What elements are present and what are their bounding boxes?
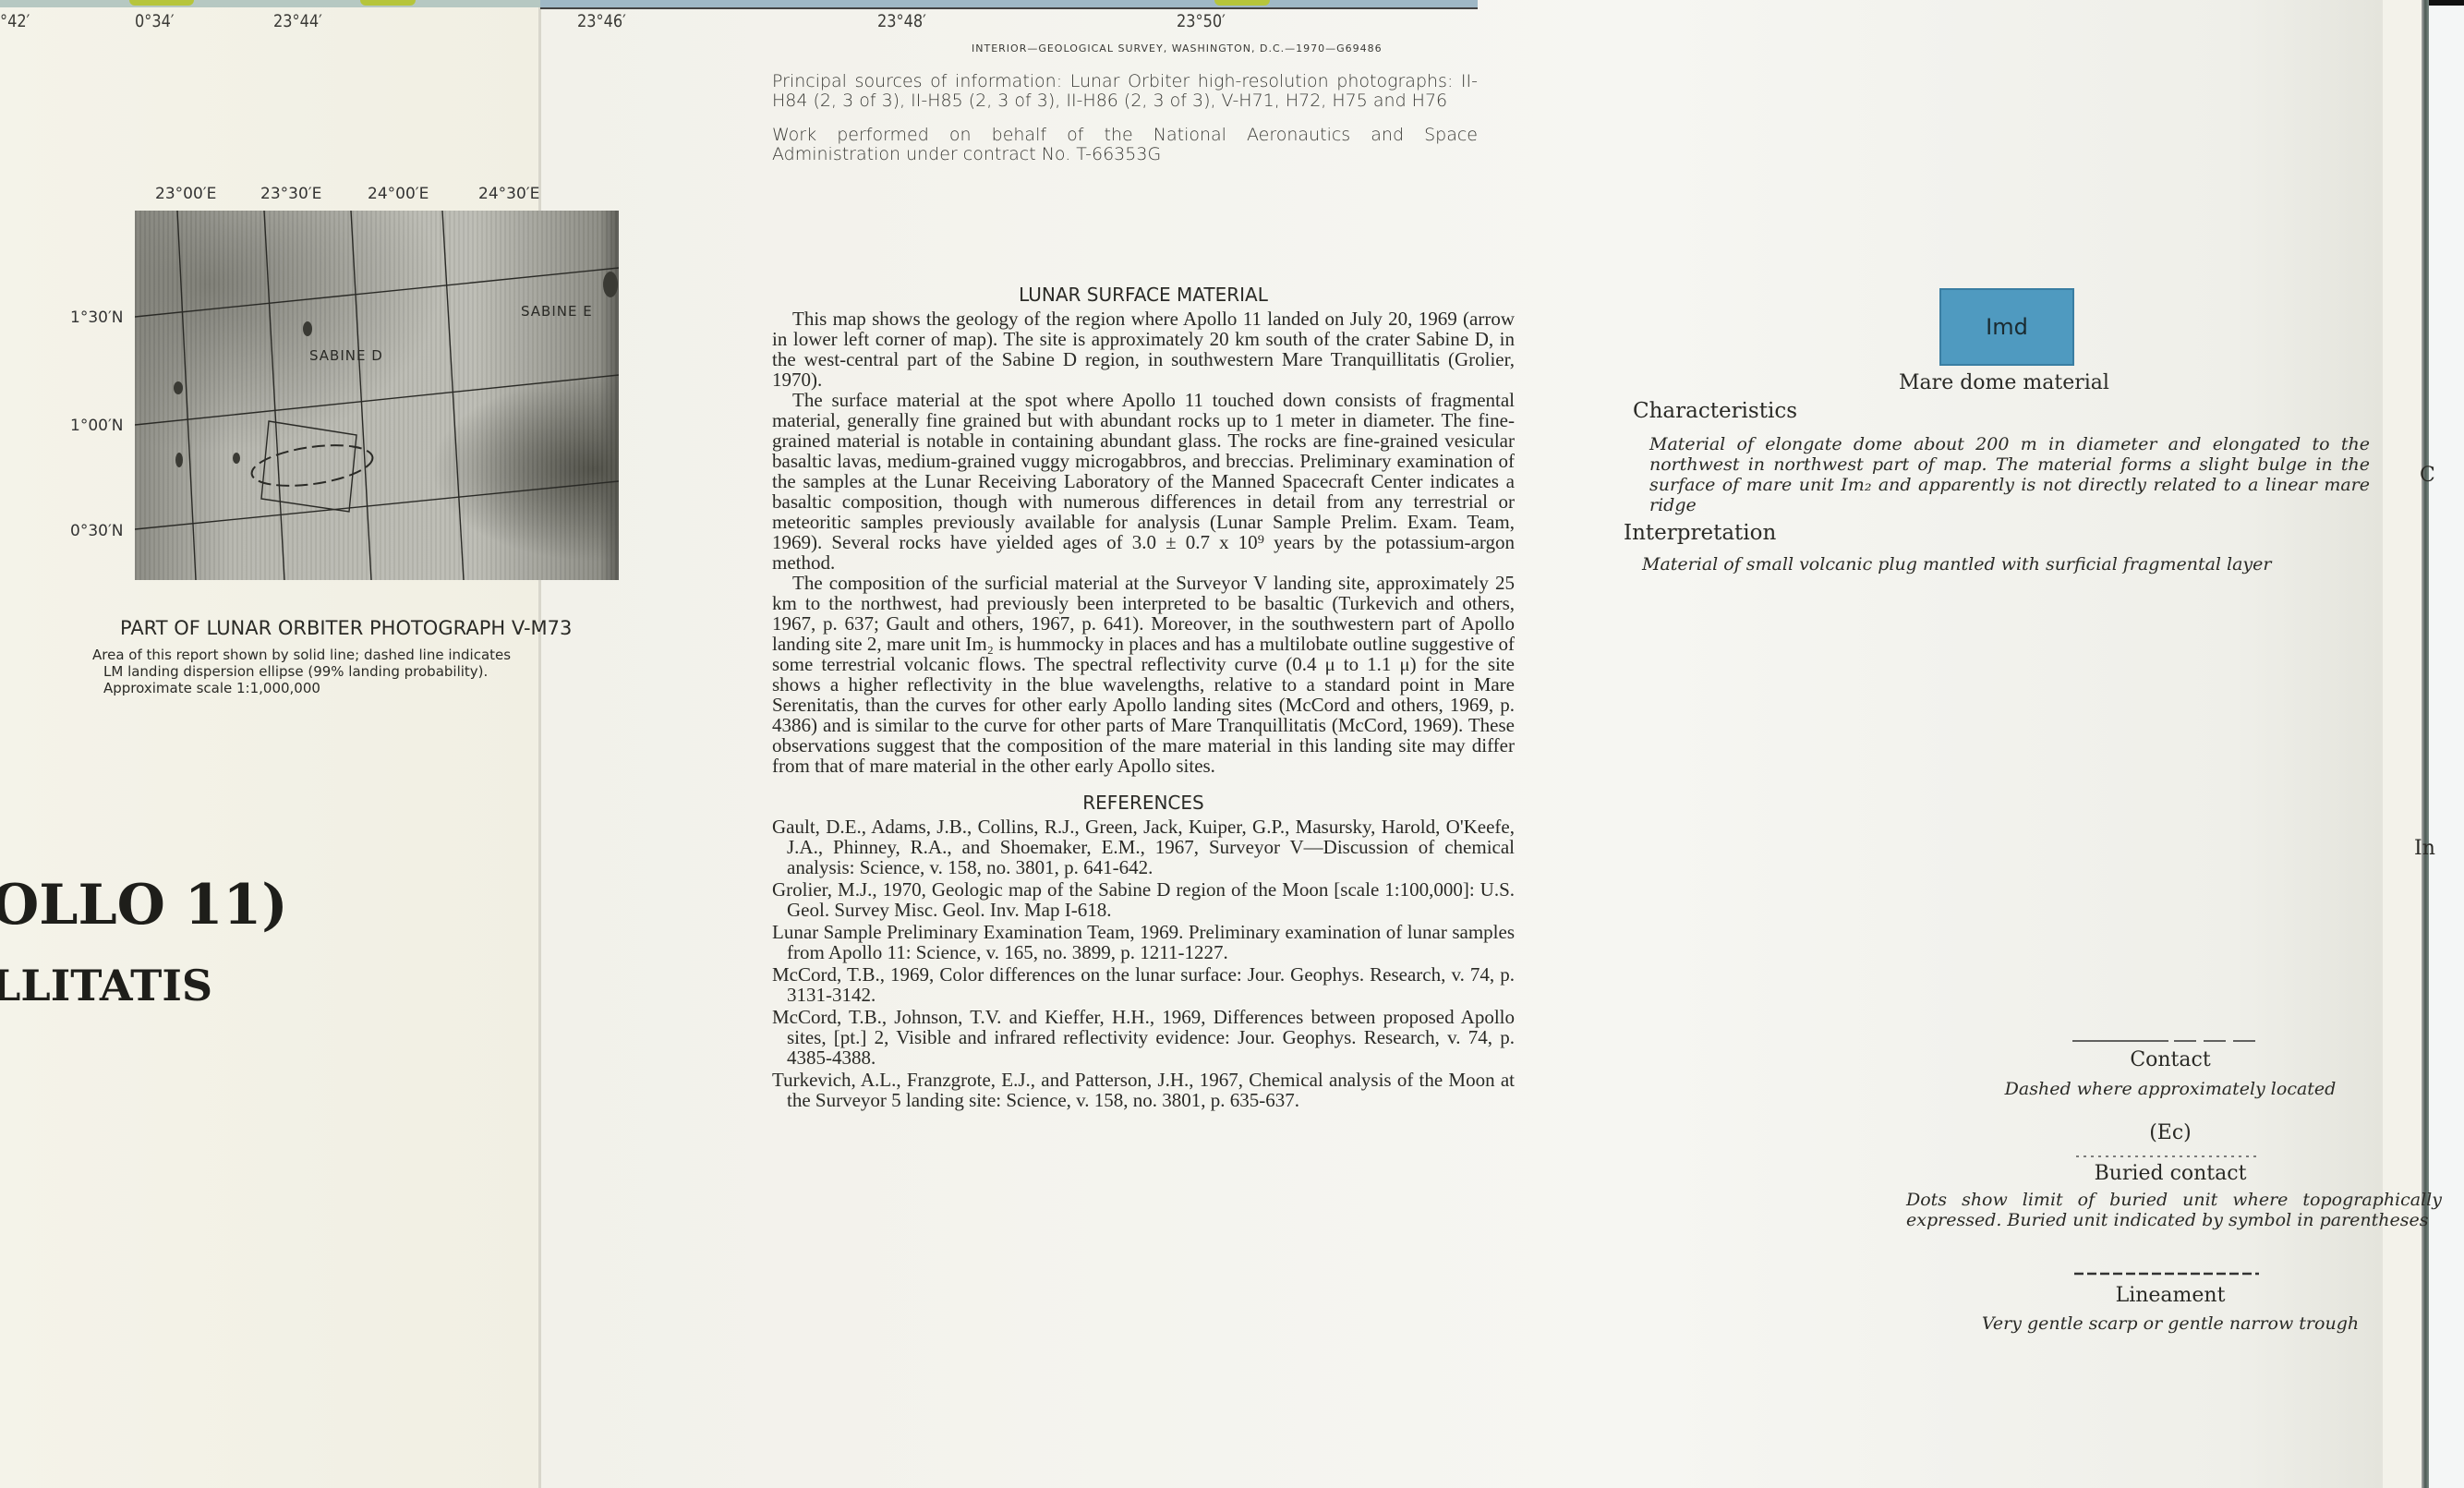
reference-item: Gault, D.E., Adams, J.B., Collins, R.J.,… bbox=[772, 817, 1515, 877]
sheet-edge bbox=[2422, 0, 2429, 1488]
map-title-line-2: LLITATIS bbox=[0, 961, 212, 1010]
inset-caption-line: Approximate scale 1:1,000,000 bbox=[92, 680, 646, 696]
contact-line-symbol bbox=[2072, 1038, 2261, 1044]
reference-item: Grolier, M.J., 1970, Geologic map of the… bbox=[772, 879, 1515, 920]
references-section: REFERENCES Gault, D.E., Adams, J.B., Col… bbox=[772, 792, 1515, 1110]
inset-title: PART OF LUNAR ORBITER PHOTOGRAPH V-M73 bbox=[120, 617, 572, 639]
inset-caption: Area of this report shown by solid line;… bbox=[92, 647, 646, 696]
characteristics-text: Material of elongate dome about 200 m in… bbox=[1649, 434, 2370, 515]
inset-caption-line: Area of this report shown by solid line;… bbox=[92, 647, 646, 663]
section-heading: LUNAR SURFACE MATERIAL bbox=[772, 284, 1515, 305]
map-unit-name: Mare dome material bbox=[1792, 371, 2216, 394]
inset-feature-label: SABINE D bbox=[309, 347, 383, 364]
inset-longitude-label: 23°00′E bbox=[155, 185, 216, 203]
interpretation-text: Material of small volcanic plug mantled … bbox=[1642, 554, 2366, 575]
lunar-orbiter-photo: SABINE D SABINE E bbox=[135, 211, 619, 580]
cut-off-text: In bbox=[2414, 837, 2435, 860]
inset-latitude-label: 0°30′N bbox=[70, 522, 124, 540]
characteristics-heading: Characteristics bbox=[1633, 399, 1797, 423]
interpretation-heading: Interpretation bbox=[1624, 521, 1776, 545]
map-strip-main bbox=[540, 0, 1478, 9]
references-heading: REFERENCES bbox=[772, 792, 1515, 813]
map-coordinate-label: 23°48′ bbox=[877, 11, 926, 31]
legend-contact-title: Contact bbox=[1986, 1048, 2355, 1071]
background-beyond-sheet bbox=[2429, 0, 2464, 1488]
reference-item: McCord, T.B., Johnson, T.V. and Kieffer,… bbox=[772, 1007, 1515, 1068]
reference-item: Turkevich, A.L., Franzgrote, E.J., and P… bbox=[772, 1070, 1515, 1110]
map-coordinate-label: 0°34′ bbox=[135, 11, 175, 31]
lineament-symbol bbox=[2074, 1271, 2259, 1276]
photo-grid-overlay bbox=[135, 211, 619, 580]
lunar-surface-section: LUNAR SURFACE MATERIAL This map shows th… bbox=[772, 284, 1515, 1112]
information-sources: Principal sources of information: Lunar … bbox=[772, 72, 1478, 179]
buried-contact-dotted-symbol bbox=[2076, 1155, 2261, 1158]
legend-buried-contact-title: Buried contact bbox=[1986, 1162, 2355, 1185]
inset-caption-line: LM landing dispersion ellipse (99% landi… bbox=[92, 663, 646, 680]
background-dark-corner bbox=[2429, 0, 2464, 6]
nasa-contract-text: Work performed on behalf of the National… bbox=[772, 126, 1478, 164]
reference-item: McCord, T.B., 1969, Color differences on… bbox=[772, 964, 1515, 1005]
map-title-line-1: OLLO 11) bbox=[0, 873, 288, 938]
cut-off-text: C bbox=[2420, 464, 2435, 487]
map-coordinate-label: °42′ bbox=[0, 11, 30, 31]
body-paragraph: The composition of the surficial materia… bbox=[772, 573, 1515, 776]
body-paragraph: The surface material at the spot where A… bbox=[772, 390, 1515, 573]
legend-lineament-note: Very gentle scarp or gentle narrow troug… bbox=[1921, 1313, 2420, 1334]
map-coordinate-label: 23°44′ bbox=[273, 11, 322, 31]
map-unit-swatch: Imd bbox=[1939, 288, 2074, 366]
inset-latitude-label: 1°00′N bbox=[70, 417, 124, 435]
legend-buried-contact-note: Dots show limit of buried unit where top… bbox=[1891, 1190, 2442, 1230]
map-strip-left bbox=[0, 0, 540, 7]
printer-imprint: INTERIOR—GEOLOGICAL SURVEY, WASHINGTON, … bbox=[972, 42, 1383, 54]
inset-longitude-label: 24°30′E bbox=[478, 185, 539, 203]
map-coordinate-label: 23°46′ bbox=[577, 11, 626, 31]
legend-contact-note: Dashed where approximately located bbox=[1939, 1079, 2401, 1099]
reference-item: Lunar Sample Preliminary Examination Tea… bbox=[772, 922, 1515, 962]
inset-feature-label: SABINE E bbox=[521, 303, 593, 320]
legend-lineament-title: Lineament bbox=[1986, 1284, 2355, 1307]
map-coordinate-label: 23°50′ bbox=[1177, 11, 1226, 31]
inset-longitude-label: 23°30′E bbox=[260, 185, 321, 203]
inset-longitude-label: 24°00′E bbox=[368, 185, 429, 203]
principal-sources-text: Principal sources of information: Lunar … bbox=[772, 72, 1478, 111]
body-paragraph: This map shows the geology of the region… bbox=[772, 308, 1515, 390]
buried-unit-symbol: (Ec) bbox=[1986, 1121, 2355, 1144]
inset-latitude-label: 1°30′N bbox=[70, 308, 124, 327]
